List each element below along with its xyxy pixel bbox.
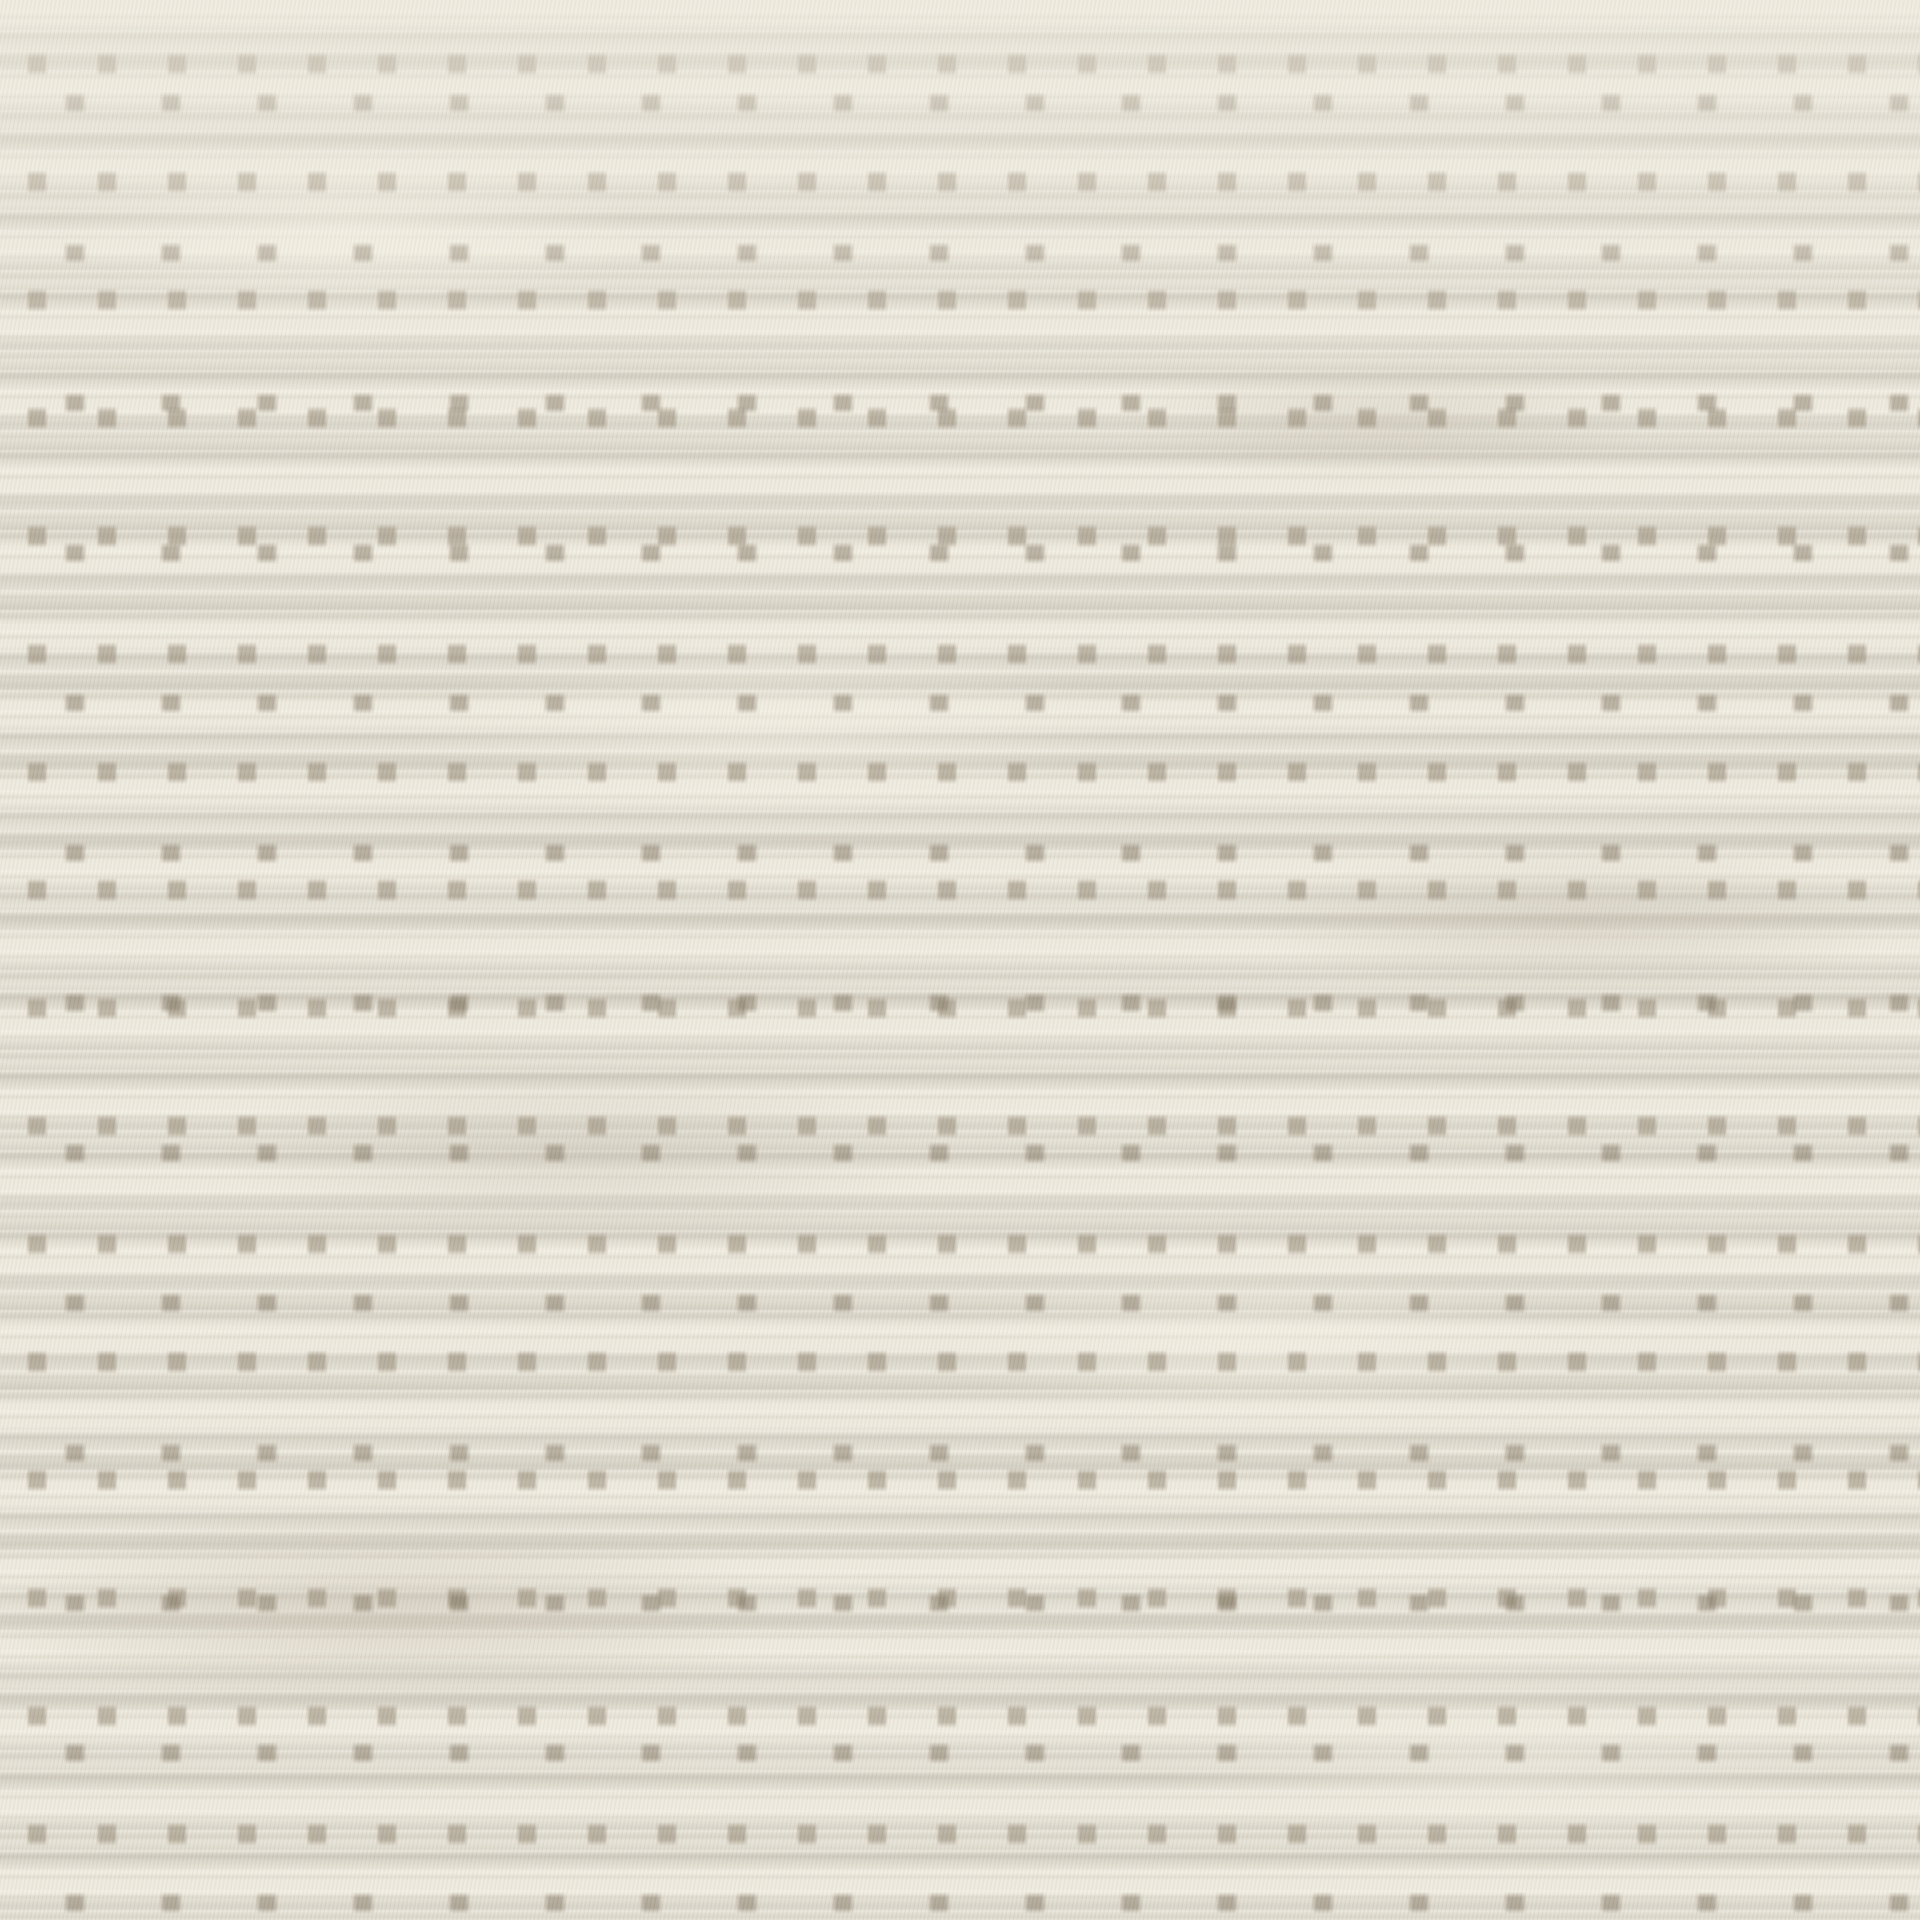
- pile-grain: [0, 0, 1920, 1920]
- rug-texture-photo: [0, 0, 1920, 1920]
